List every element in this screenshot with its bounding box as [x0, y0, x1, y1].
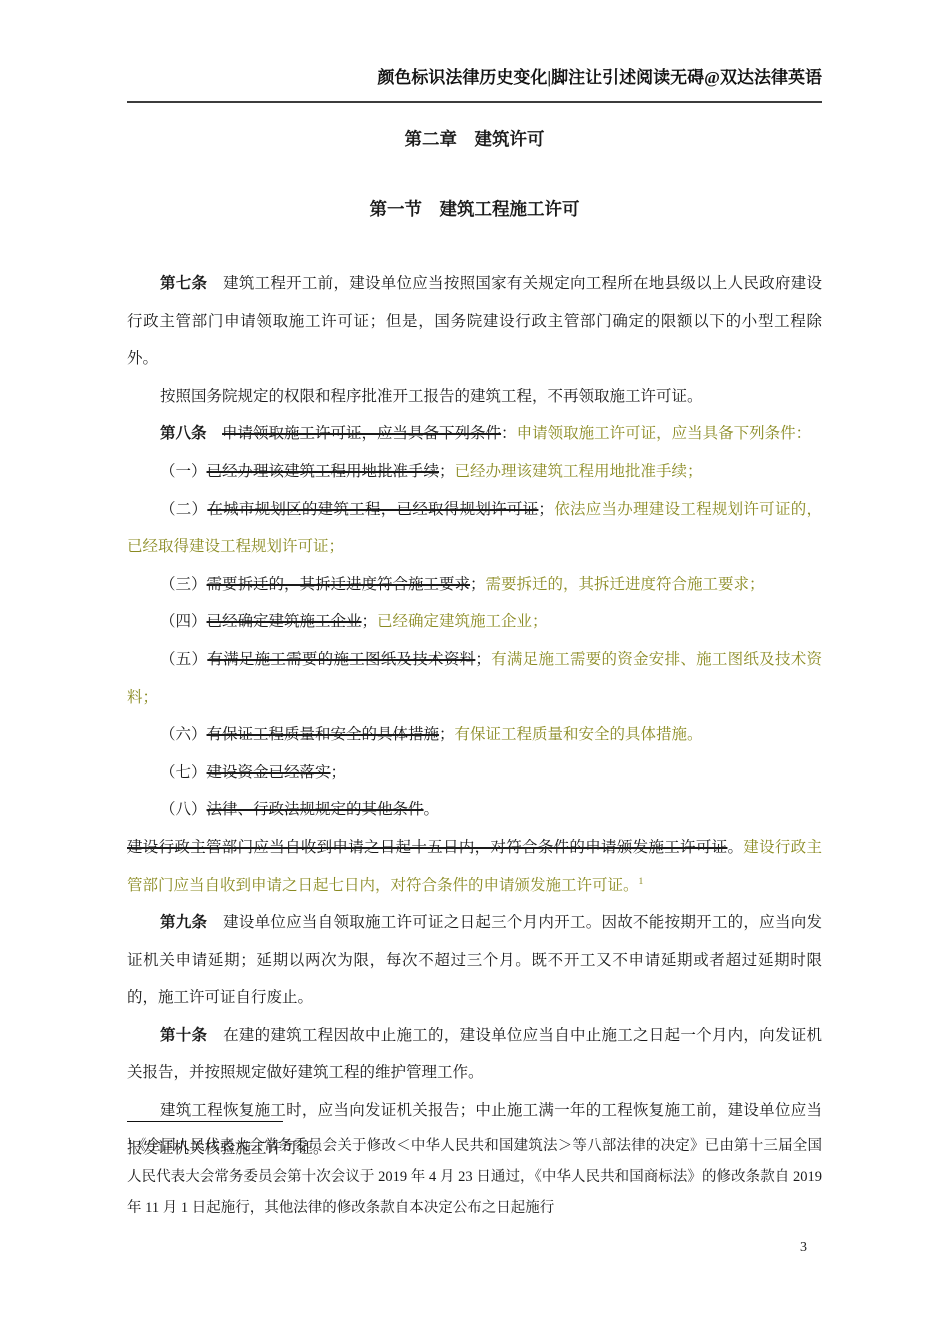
article-7-label: 第七条 — [160, 275, 207, 292]
item-3-new-text: 需要拆迁的，其拆迁进度符合施工要求； — [486, 576, 765, 593]
article-8-intro: 第八条 申请领取施工许可证，应当具备下列条件：申请领取施工许可证，应当具备下列条… — [127, 415, 822, 453]
footnote-1: 1《全国人民代表大会常务委员会关于修改＜中华人民共和国建筑法＞等八部法律的决定》… — [127, 1131, 822, 1224]
list-item-7: （七）建设资金已经落实； — [127, 754, 822, 792]
item-5-old-text: 有满足施工需要的施工图纸及技术资料 — [207, 651, 475, 668]
article-7-para-2-text: 按照国务院规定的权限和程序批准开工报告的建筑工程，不再领取施工许可证。 — [160, 388, 703, 405]
item-2-old-text: 在城市规划区的建筑工程，已经取得规划许可证 — [207, 501, 538, 518]
article-10-text: 在建的建筑工程因故中止施工的，建设单位应当自中止施工之日起一个月内，向发证机关报… — [127, 1027, 822, 1082]
article-7-para-1: 第七条 建筑工程开工前，建设单位应当按照国家有关规定向工程所在地县级以上人民政府… — [127, 265, 822, 378]
article-7-text: 建筑工程开工前，建设单位应当按照国家有关规定向工程所在地县级以上人民政府建设行政… — [127, 275, 822, 367]
item-8-number: （八） — [160, 801, 207, 818]
article-9-para: 第九条 建设单位应当自领取施工许可证之日起三个月内开工。因故不能按期开工的，应当… — [127, 904, 822, 1017]
list-item-4: （四）已经确定建筑施工企业；已经确定建筑施工企业； — [127, 603, 822, 641]
item-4-punct: ； — [362, 613, 378, 630]
footnote-1-text: 《全国人民代表大会常务委员会关于修改＜中华人民共和国建筑法＞等八部法律的决定》已… — [127, 1138, 822, 1216]
list-item-6: （六）有保证工程质量和安全的具体措施；有保证工程质量和安全的具体措施。 — [127, 716, 822, 754]
item-6-old-text: 有保证工程质量和安全的具体措施 — [207, 726, 440, 743]
item-5-number: （五） — [160, 651, 207, 668]
list-item-8: （八）法律、行政法规规定的其他条件。 — [127, 791, 822, 829]
article-9-text: 建设单位应当自领取施工许可证之日起三个月内开工。因故不能按期开工的，应当向发证机… — [127, 914, 822, 1006]
article-8-punct: ： — [501, 425, 517, 442]
section-title: 第一节 建筑工程施工许可 — [127, 197, 822, 221]
item-7-number: （七） — [160, 764, 207, 781]
header-divider — [127, 101, 822, 103]
item-6-number: （六） — [160, 726, 207, 743]
list-item-3: （三）需要拆迁的，其拆迁进度符合施工要求；需要拆迁的，其拆迁进度符合施工要求； — [127, 566, 822, 604]
article-9-label: 第九条 — [160, 914, 207, 931]
article-8-separator — [207, 425, 223, 442]
item-2-punct: ； — [538, 501, 554, 518]
item-6-new-text: 有保证工程质量和安全的具体措施。 — [455, 726, 703, 743]
footnote-section: 1《全国人民代表大会常务委员会关于修改＜中华人民共和国建筑法＞等八部法律的决定》… — [127, 1121, 822, 1224]
page-header: 颜色标识法律历史变化|脚注让引述阅读无碍@双达法律英语 — [127, 66, 822, 90]
item-3-punct: ； — [470, 576, 486, 593]
closing-old-text: 建设行政主管部门应当自收到申请之日起十五日内，对符合条件的申请颁发施工许可证 — [127, 839, 727, 856]
item-7-old-text: 建设资金已经落实 — [207, 764, 331, 781]
item-1-new-text: 已经办理该建筑工程用地批准手续； — [455, 463, 703, 480]
item-7-punct: ； — [331, 764, 347, 781]
chapter-title: 第二章 建筑许可 — [127, 127, 822, 151]
article-8-closing-para: 建设行政主管部门应当自收到申请之日起十五日内，对符合条件的申请颁发施工许可证。建… — [127, 829, 822, 904]
item-8-old-text: 法律、行政法规规定的其他条件 — [207, 801, 424, 818]
item-4-number: （四） — [160, 613, 207, 630]
page-number: 3 — [800, 1238, 807, 1258]
item-3-number: （三） — [160, 576, 207, 593]
article-8-old-text: 申请领取施工许可证，应当具备下列条件 — [222, 425, 501, 442]
closing-punct: 。 — [727, 839, 743, 856]
item-5-punct: ； — [475, 651, 491, 668]
article-8-new-text: 申请领取施工许可证，应当具备下列条件： — [517, 425, 812, 442]
footnote-divider — [127, 1121, 283, 1122]
article-10-para-1: 第十条 在建的建筑工程因故中止施工的，建设单位应当自中止施工之日起一个月内，向发… — [127, 1017, 822, 1092]
item-6-punct: ； — [439, 726, 455, 743]
article-7-para-2: 按照国务院规定的权限和程序批准开工报告的建筑工程，不再领取施工许可证。 — [127, 378, 822, 416]
item-1-number: （一） — [160, 463, 207, 480]
list-item-5: （五）有满足施工需要的施工图纸及技术资料；有满足施工需要的资金安排、施工图纸及技… — [127, 641, 822, 716]
article-10-label: 第十条 — [160, 1027, 207, 1044]
item-1-old-text: 已经办理该建筑工程用地批准手续 — [207, 463, 440, 480]
document-page: 颜色标识法律历史变化|脚注让引述阅读无碍@双达法律英语 第二章 建筑许可 第一节… — [0, 0, 950, 1344]
list-item-2: （二）在城市规划区的建筑工程，已经取得规划许可证；依法应当办理建设工程规划许可证… — [127, 491, 822, 566]
list-item-1: （一）已经办理该建筑工程用地批准手续；已经办理该建筑工程用地批准手续； — [127, 453, 822, 491]
item-4-old-text: 已经确定建筑施工企业 — [207, 613, 362, 630]
item-3-old-text: 需要拆迁的，其拆迁进度符合施工要求 — [207, 576, 471, 593]
item-8-punct: 。 — [424, 801, 440, 818]
article-8-label: 第八条 — [160, 425, 207, 442]
item-4-new-text: 已经确定建筑施工企业； — [377, 613, 548, 630]
item-2-number: （二） — [160, 501, 207, 518]
footnote-reference-marker: 1 — [639, 875, 644, 886]
item-1-punct: ； — [439, 463, 455, 480]
document-body: 第七条 建筑工程开工前，建设单位应当按照国家有关规定向工程所在地县级以上人民政府… — [127, 265, 822, 1167]
